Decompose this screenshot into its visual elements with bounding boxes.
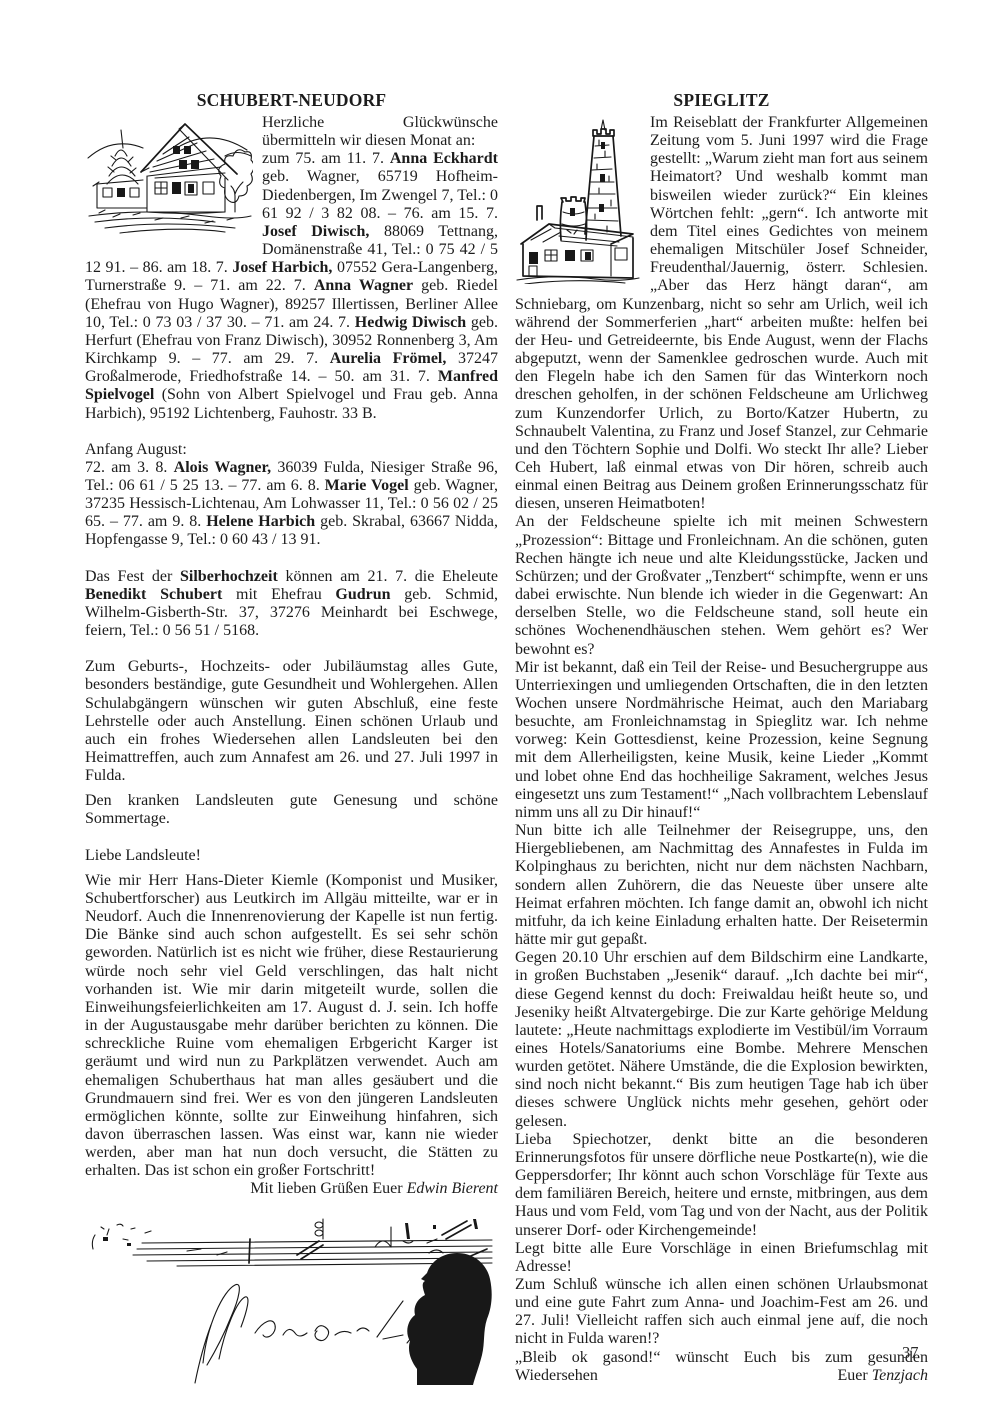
text-run: Liebe Landsleute! — [85, 847, 201, 864]
section-heading-spieglitz: SPIEGLITZ — [515, 90, 928, 110]
text-run: können am 21. 7. die Eheleute — [278, 568, 498, 585]
text-run: Wie mir Herr Hans-Dieter Kiemle (Komponi… — [85, 872, 498, 1180]
page-number: 37 — [902, 1343, 919, 1363]
bold-name: Anna Wagner — [314, 277, 413, 294]
paragraph: Liebe Landsleute! — [85, 847, 498, 865]
text-run: Legt bitte alle Eure Vorschläge in einen… — [515, 1240, 928, 1275]
newsletter-page: SCHUBERT-NEUDORF — [0, 0, 1000, 1412]
spieglitz-paragraphs: Im Reiseblatt der Frankfurter Allgemeine… — [515, 114, 928, 1349]
bold-name: Josef Diwisch, — [262, 223, 369, 240]
paragraph: Zum Schluß wünsche ich allen einen schön… — [515, 1276, 928, 1349]
text-run: Gegen 20.10 Uhr erschien auf dem Bildsch… — [515, 949, 928, 1129]
bold-name: Silberhochzeit — [180, 568, 278, 585]
tower-illustration — [515, 116, 641, 289]
bold-name: Alois Wagner, — [174, 459, 271, 476]
italic-name: Edwin Bierent — [407, 1180, 498, 1197]
text-run: Euer — [837, 1367, 871, 1384]
text-run: Nun bitte ich alle Teilnehmer der Reiseg… — [515, 822, 928, 948]
paragraph: Nun bitte ich alle Teilnehmer der Reiseg… — [515, 822, 928, 949]
paragraph: Den kranken Landsleuten gute Genesung un… — [85, 792, 498, 828]
paragraph: Anfang August:72. am 3. 8. Alois Wagner,… — [85, 441, 498, 550]
column-schubert-neudorf: SCHUBERT-NEUDORF — [85, 90, 498, 1390]
text-run: Mit lieben Grüßen Euer — [250, 1180, 406, 1197]
bold-name: Anna Eckhardt — [390, 150, 498, 167]
farmhouse-illustration — [85, 116, 253, 242]
paragraph: Das Fest der Silberhochzeit können am 21… — [85, 568, 498, 641]
section-heading-schubert-neudorf: SCHUBERT-NEUDORF — [85, 90, 498, 110]
closing-line: „Bleib ok gasond!“ wünscht Euch bis zum … — [515, 1349, 928, 1385]
text-run: Den kranken Landsleuten gute Genesung un… — [85, 792, 498, 827]
italic-name: Tenzjach — [872, 1367, 928, 1384]
paragraph: Mir ist bekannt, daß ein Teil der Reise-… — [515, 659, 928, 822]
bold-name: Marie Vogel — [325, 477, 409, 494]
bold-name: Aurelia Frömel, — [330, 350, 447, 367]
bold-name: Gudrun — [335, 586, 390, 603]
text-run: Das Fest der — [85, 568, 180, 585]
column-spieglitz: SPIEGLITZ — [515, 90, 928, 1385]
paragraph: Wie mir Herr Hans-Dieter Kiemle (Komponi… — [85, 872, 498, 1181]
text-run: An der Feldscheune spielte ich mit meine… — [515, 513, 928, 657]
text-run: 72. am 3. 8. — [85, 459, 174, 476]
paragraph: Gegen 20.10 Uhr erschien auf dem Bildsch… — [515, 949, 928, 1131]
paragraph: An der Feldscheune spielte ich mit meine… — [515, 513, 928, 658]
bold-name: Benedikt Schubert — [85, 586, 222, 603]
text-run: geb. Wagner, 65719 Hofheim-Diedenbergen,… — [262, 168, 498, 221]
paragraph: Lieba Spiechotzer, denkt bitte an die be… — [515, 1131, 928, 1240]
text-run: zum 75. am 11. 7. — [262, 150, 390, 167]
bold-name: Helene Harbich — [206, 513, 315, 530]
bold-name: Josef Harbich, — [232, 259, 332, 276]
paragraph: Legt bitte alle Eure Vorschläge in einen… — [515, 1240, 928, 1276]
text-run: Zum Geburts-, Hochzeits- oder Jubiläumst… — [85, 658, 498, 784]
text-run: Anfang August: — [85, 441, 187, 458]
text-run: mit Ehefrau — [222, 586, 335, 603]
signoff-tenzjach: Euer Tenzjach — [837, 1367, 928, 1385]
bold-name: Hedwig Diwisch — [355, 314, 466, 331]
paragraph: Zum Geburts-, Hochzeits- oder Jubiläumst… — [85, 658, 498, 785]
music-score-silhouette-illustration — [87, 1213, 498, 1390]
text-run: Zum Schluß wünsche ich allen einen schön… — [515, 1276, 928, 1347]
text-run: Lieba Spiechotzer, denkt bitte an die be… — [515, 1131, 928, 1239]
signoff-edwin-bierent: Mit lieben Grüßen Euer Edwin Bierent — [85, 1180, 498, 1198]
schubert-neudorf-paragraphs: Herzliche Glückwünsche übermitteln wir d… — [85, 114, 498, 1180]
text-run: Mir ist bekannt, daß ein Teil der Reise-… — [515, 659, 928, 821]
text-run: Herzliche Glückwünsche übermitteln wir d… — [262, 114, 498, 149]
